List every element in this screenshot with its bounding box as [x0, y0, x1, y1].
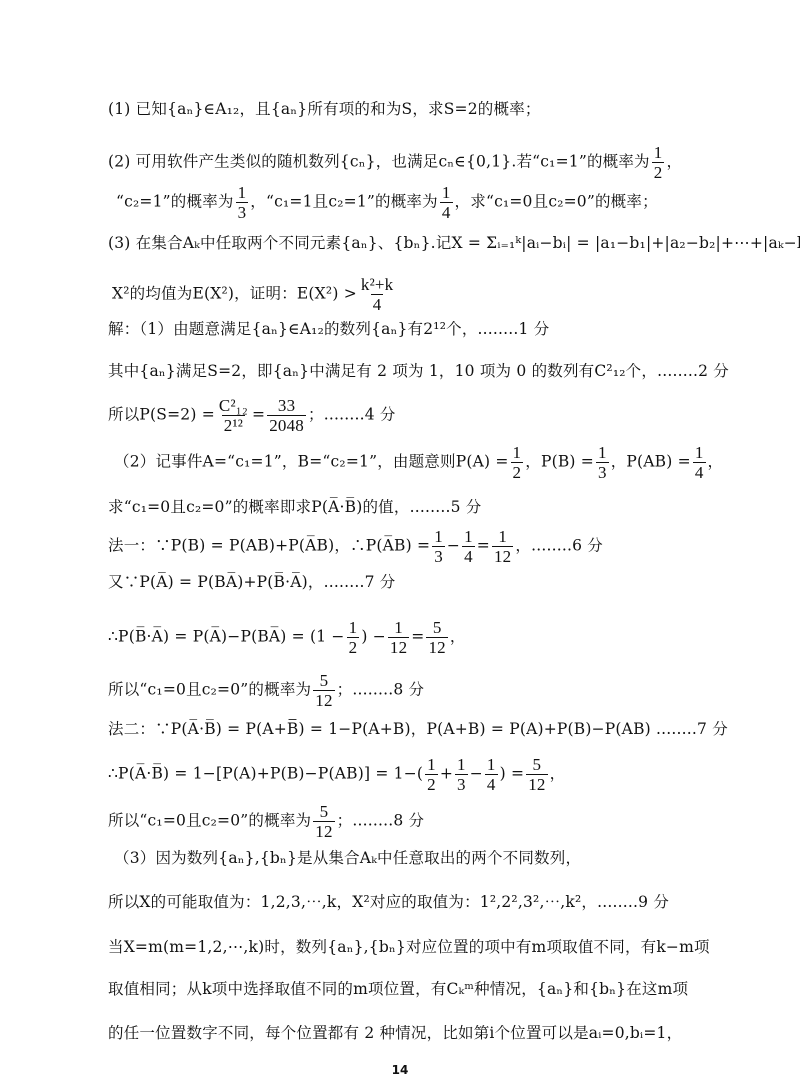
- method-1-line-4: 所以“c₁=0且c₂=0”的概率为512；........8 分: [108, 671, 424, 710]
- method-1-line-3: ∴P(B̅·A̅) = P(A̅)−P(BA̅) = (1 −12) −112=…: [108, 618, 466, 657]
- fraction: 112: [388, 618, 409, 657]
- fraction: 12: [652, 143, 665, 182]
- page-number: 14: [0, 1063, 800, 1077]
- question-part-2-line-2: “c₂=1”的概率为13，“c₁=1且c₂=1”的概率为14，求“c₁=0且c₂…: [116, 183, 658, 222]
- solution-3-line-2: 所以X的可能取值为：1,2,3,⋯,k，X²对应的取值为：1²,2²,3²,⋯,…: [108, 892, 669, 912]
- method-2-line-1: 法二：∵P(A̅·B̅) = P(A+B̅̅̅̅̅) = 1−P(A+B)，P(…: [108, 719, 728, 739]
- fraction: 12: [425, 755, 438, 794]
- text: (2) 可用软件产生类似的随机数列{cₙ}，也满足cₙ∈{0,1}.若“c₁=1…: [108, 153, 650, 171]
- fraction: 512: [526, 755, 547, 794]
- fraction: 13: [455, 755, 468, 794]
- fraction: 112: [492, 527, 513, 566]
- fraction: 512: [426, 618, 447, 657]
- solution-2-line-1: （2）记事件A=“c₁=1”，B=“c₂=1”，由题意则P(A) =12，P(B…: [114, 443, 723, 482]
- fraction: 12: [347, 618, 360, 657]
- fraction: 12: [511, 443, 524, 482]
- fraction: 512: [313, 671, 334, 710]
- fraction: 13: [432, 527, 445, 566]
- fraction: 332048: [267, 396, 306, 435]
- question-part-3-line-1: (3) 在集合Aₖ中任取两个不同元素{aₙ}、{bₙ}.记X = Σᵢ₌₁ᵏ|a…: [108, 233, 800, 253]
- solution-1-line-1: 解：（1）由题意满足{aₙ}∈A₁₂的数列{aₙ}有2¹²个，........1…: [108, 319, 549, 339]
- solution-3-line-1: （3）因为数列{aₙ},{bₙ}是从集合Aₖ中任意取出的两个不同数列，: [114, 848, 581, 868]
- fraction: 14: [440, 183, 453, 222]
- fraction: 13: [236, 183, 249, 222]
- method-2-line-3: 所以“c₁=0且c₂=0”的概率为512；........8 分: [108, 802, 424, 841]
- fraction: C²₁₂2¹²: [217, 396, 250, 435]
- fraction: 14: [693, 443, 706, 482]
- fraction: 13: [596, 443, 609, 482]
- solution-1-line-3: 所以P(S=2) =C²₁₂2¹²=332048；........4 分: [108, 396, 396, 435]
- question-part-3-line-2: X²的均值为E(X²)，证明：E(X²) >k²+k4: [112, 275, 397, 314]
- solution-2-line-2: 求“c₁=0且c₂=0”的概率即求P(A̅·B̅)的值，........5 分: [108, 497, 481, 517]
- solution-3-line-3: 当X=m(m=1,2,⋯,k)时，数列{aₙ},{bₙ}对应位置的项中有m项取值…: [108, 937, 710, 957]
- method-1-line-2: 又∵P(A̅) = P(BA̅)+P(B̅·A̅)，........7 分: [108, 572, 396, 592]
- question-part-2-line-1: (2) 可用软件产生类似的随机数列{cₙ}，也满足cₙ∈{0,1}.若“c₁=1…: [108, 143, 682, 182]
- fraction: k²+k4: [359, 275, 395, 314]
- fraction: 14: [462, 527, 475, 566]
- fraction: 512: [313, 802, 334, 841]
- fraction: 14: [485, 755, 498, 794]
- method-2-line-2: ∴P(A̅·B̅) = 1−[P(A)+P(B)−P(AB)] = 1−(12+…: [108, 755, 565, 794]
- question-part-1: (1) 已知{aₙ}∈A₁₂，且{aₙ}所有项的和为S，求S=2的概率；: [108, 99, 541, 119]
- solution-3-line-5: 的任一位置数字不同，每个位置都有 2 种情况，比如第i个位置可以是aᵢ=0,bᵢ…: [108, 1023, 682, 1043]
- solution-3-line-4: 取值相同；从k项中选择取值不同的m项位置，有Cₖᵐ种情况，{aₙ}和{bₙ}在这…: [108, 979, 688, 999]
- method-1-line-1: 法一：∵P(B) = P(AB)+P(A̅B)，∴P(A̅B) =13−14=1…: [108, 527, 603, 566]
- solution-1-line-2: 其中{aₙ}满足S=2，即{aₙ}中满足有 2 项为 1，10 项为 0 的数列…: [108, 361, 729, 381]
